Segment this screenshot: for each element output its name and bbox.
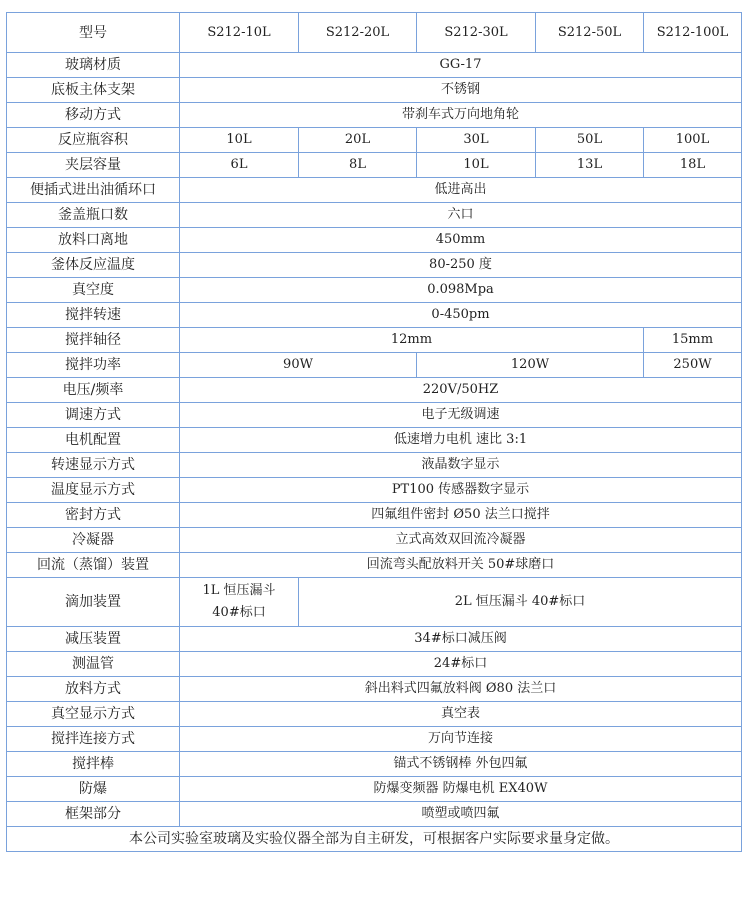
- table-row: 调速方式 电子无级调速: [7, 403, 742, 428]
- table-row: 防爆 防爆变频器 防爆电机 EX40W: [7, 777, 742, 802]
- row-label: 电压/频率: [7, 378, 180, 403]
- row-value: 20L: [299, 128, 417, 153]
- row-value: 13L: [536, 153, 644, 178]
- row-label: 调速方式: [7, 403, 180, 428]
- row-value: 90W: [180, 353, 417, 378]
- model-cell: S212-10L: [180, 13, 299, 53]
- row-label: 测温管: [7, 652, 180, 677]
- table-row: 回流（蒸馏）装置 回流弯头配放料开关 50#球磨口: [7, 553, 742, 578]
- row-value: 100L: [644, 128, 742, 153]
- row-value: 24#标口: [180, 652, 742, 677]
- row-value: 0-450pm: [180, 303, 742, 328]
- row-label: 底板主体支架: [7, 78, 180, 103]
- row-value: 液晶数字显示: [180, 453, 742, 478]
- table-row: 框架部分 喷塑或喷四氟: [7, 802, 742, 827]
- row-value: 0.098Mpa: [180, 278, 742, 303]
- header-label: 型号: [7, 13, 180, 53]
- row-label: 搅拌轴径: [7, 328, 180, 353]
- row-value: 回流弯头配放料开关 50#球磨口: [180, 553, 742, 578]
- row-label: 密封方式: [7, 503, 180, 528]
- row-value: 12mm: [180, 328, 644, 353]
- row-value: GG-17: [180, 53, 742, 78]
- table-row: 搅拌轴径 12mm 15mm: [7, 328, 742, 353]
- row-label: 温度显示方式: [7, 478, 180, 503]
- row-label: 反应瓶容积: [7, 128, 180, 153]
- row-label: 搅拌功率: [7, 353, 180, 378]
- row-value: 250W: [644, 353, 742, 378]
- footer-row: 本公司实验室玻璃及实验仪器全部为自主研发，可根据客户实际要求量身定做。: [7, 827, 742, 852]
- table-row: 转速显示方式 液晶数字显示: [7, 453, 742, 478]
- row-value: 120W: [417, 353, 644, 378]
- row-label: 放料方式: [7, 677, 180, 702]
- table-row: 釜体反应温度 80-250 度: [7, 253, 742, 278]
- row-value: 四氟组件密封 Ø50 法兰口搅拌: [180, 503, 742, 528]
- table-row: 真空度 0.098Mpa: [7, 278, 742, 303]
- row-value: 10L: [417, 153, 536, 178]
- row-value: 真空表: [180, 702, 742, 727]
- table-row: 搅拌连接方式 万向节连接: [7, 727, 742, 752]
- row-value: 不锈钢: [180, 78, 742, 103]
- spec-table: 型号 S212-10L S212-20L S212-30L S212-50L S…: [6, 12, 742, 852]
- table-row: 反应瓶容积 10L 20L 30L 50L 100L: [7, 128, 742, 153]
- row-label: 便插式进出油循环口: [7, 178, 180, 203]
- row-label: 移动方式: [7, 103, 180, 128]
- row-value: 50L: [536, 128, 644, 153]
- row-value: PT100 传感器数字显示: [180, 478, 742, 503]
- table-row: 搅拌转速 0-450pm: [7, 303, 742, 328]
- table-row: 减压装置 34#标口减压阀: [7, 627, 742, 652]
- table-row: 温度显示方式 PT100 传感器数字显示: [7, 478, 742, 503]
- row-label: 釜体反应温度: [7, 253, 180, 278]
- row-value: 电子无级调速: [180, 403, 742, 428]
- row-value: 立式高效双回流冷凝器: [180, 528, 742, 553]
- row-value: 15mm: [644, 328, 742, 353]
- table-row: 滴加装置 1L 恒压漏斗 40#标口 2L 恒压漏斗 40#标口: [7, 578, 742, 627]
- row-label: 放料口离地: [7, 228, 180, 253]
- row-label: 玻璃材质: [7, 53, 180, 78]
- model-cell: S212-30L: [417, 13, 536, 53]
- row-label: 滴加装置: [7, 578, 180, 627]
- row-label: 搅拌转速: [7, 303, 180, 328]
- row-value: 低进高出: [180, 178, 742, 203]
- table-row: 密封方式 四氟组件密封 Ø50 法兰口搅拌: [7, 503, 742, 528]
- table-row: 夹层容量 6L 8L 10L 13L 18L: [7, 153, 742, 178]
- row-label: 防爆: [7, 777, 180, 802]
- row-value: 10L: [180, 128, 299, 153]
- row-label: 釜盖瓶口数: [7, 203, 180, 228]
- table-row: 便插式进出油循环口 低进高出: [7, 178, 742, 203]
- row-value: 防爆变频器 防爆电机 EX40W: [180, 777, 742, 802]
- row-label: 真空度: [7, 278, 180, 303]
- row-value: 锚式不锈钢棒 外包四氟: [180, 752, 742, 777]
- row-label: 夹层容量: [7, 153, 180, 178]
- table-row: 搅拌棒 锚式不锈钢棒 外包四氟: [7, 752, 742, 777]
- table-row: 电机配置 低速增力电机 速比 3:1: [7, 428, 742, 453]
- row-value: 斜出料式四氟放料阀 Ø80 法兰口: [180, 677, 742, 702]
- row-value: 8L: [299, 153, 417, 178]
- row-value: 6L: [180, 153, 299, 178]
- row-value: 喷塑或喷四氟: [180, 802, 742, 827]
- row-label: 减压装置: [7, 627, 180, 652]
- row-label: 冷凝器: [7, 528, 180, 553]
- row-value: 30L: [417, 128, 536, 153]
- table-row: 釜盖瓶口数 六口: [7, 203, 742, 228]
- model-cell: S212-20L: [299, 13, 417, 53]
- row-value: 带刹车式万向地角轮: [180, 103, 742, 128]
- row-label: 电机配置: [7, 428, 180, 453]
- row-value: 80-250 度: [180, 253, 742, 278]
- table-row: 测温管 24#标口: [7, 652, 742, 677]
- table-row: 放料方式 斜出料式四氟放料阀 Ø80 法兰口: [7, 677, 742, 702]
- model-cell: S212-50L: [536, 13, 644, 53]
- row-value: 万向节连接: [180, 727, 742, 752]
- row-value: 450mm: [180, 228, 742, 253]
- row-value: 低速增力电机 速比 3:1: [180, 428, 742, 453]
- row-label: 框架部分: [7, 802, 180, 827]
- table-row: 放料口离地 450mm: [7, 228, 742, 253]
- row-label: 搅拌连接方式: [7, 727, 180, 752]
- footer-note: 本公司实验室玻璃及实验仪器全部为自主研发，可根据客户实际要求量身定做。: [7, 827, 742, 852]
- row-value: 2L 恒压漏斗 40#标口: [299, 578, 742, 627]
- row-value: 220V/50HZ: [180, 378, 742, 403]
- row-value: 六口: [180, 203, 742, 228]
- table-row: 搅拌功率 90W 120W 250W: [7, 353, 742, 378]
- table-row: 移动方式 带刹车式万向地角轮: [7, 103, 742, 128]
- header-row: 型号 S212-10L S212-20L S212-30L S212-50L S…: [7, 13, 742, 53]
- table-row: 电压/频率 220V/50HZ: [7, 378, 742, 403]
- row-label: 回流（蒸馏）装置: [7, 553, 180, 578]
- row-label: 真空显示方式: [7, 702, 180, 727]
- row-value: 18L: [644, 153, 742, 178]
- row-value: 34#标口减压阀: [180, 627, 742, 652]
- table-row: 冷凝器 立式高效双回流冷凝器: [7, 528, 742, 553]
- row-value: 1L 恒压漏斗 40#标口: [180, 578, 299, 627]
- table-row: 真空显示方式 真空表: [7, 702, 742, 727]
- row-label: 转速显示方式: [7, 453, 180, 478]
- row-label: 搅拌棒: [7, 752, 180, 777]
- model-cell: S212-100L: [644, 13, 742, 53]
- table-row: 玻璃材质 GG-17: [7, 53, 742, 78]
- table-row: 底板主体支架 不锈钢: [7, 78, 742, 103]
